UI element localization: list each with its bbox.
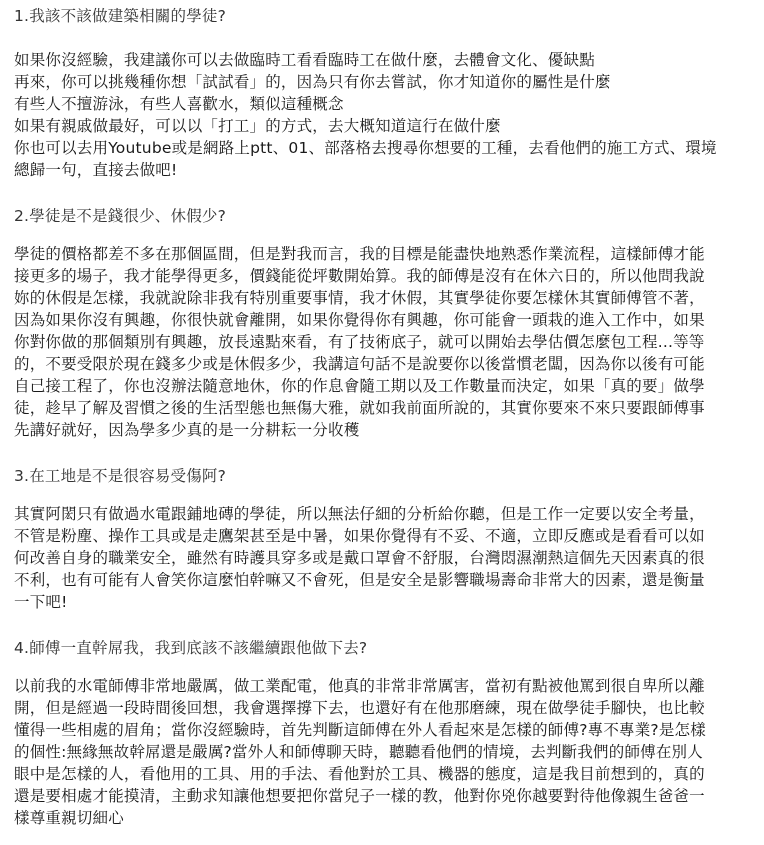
section-4: 4.師傅一直幹屌我，我到底該不該繼續跟他做下去? 以前我的水電師傅非常地嚴厲，做… xyxy=(14,637,759,829)
paragraph-line: 的，不要受限於現在錢多少或是休假多少，我講這句話不是說要你以後當慣老闆，因為你以… xyxy=(14,353,759,375)
paragraph-line: 開，但是經過一段時間後回想，我會選擇撐下去，也還好有在他那磨練，現在做學徒手腳快… xyxy=(14,697,759,719)
paragraph-line: 以前我的水電師傅非常地嚴厲，做工業配電，他真的非常非常厲害，當初有點被他罵到很自… xyxy=(14,675,759,697)
paragraph-line: 你也可以去用Youtube或是網路上ptt、01、部落格去搜尋你想要的工種，去看… xyxy=(14,137,759,159)
paragraph-line: 徒，趁早了解及習慣之後的生活型態也無傷大雅，就如我前面所說的，其實你要來不來只要… xyxy=(14,397,759,419)
section-heading: 3.在工地是不是很容易受傷阿? xyxy=(14,465,759,487)
paragraph-line: 何改善自身的職業安全，雖然有時護具穿多或是戴口罩會不舒服，台灣悶濕潮熱這個先天因… xyxy=(14,547,759,569)
paragraph-line: 總歸一句，直接去做吧! xyxy=(14,159,759,181)
paragraph-line: 因為如果你沒有興趣，你很快就會離開，如果你覺得你有興趣，你可能會一頭栽的進入工作… xyxy=(14,309,759,331)
section-heading: 4.師傅一直幹屌我，我到底該不該繼續跟他做下去? xyxy=(14,637,759,659)
paragraph-line: 先講好就好，因為學多少真的是一分耕耘一分收穫 xyxy=(14,419,759,441)
section-2: 2.學徒是不是錢很少、休假少? 學徒的價格都差不多在那個區間，但是對我而言，我的… xyxy=(14,205,759,441)
paragraph-line: 一下吧! xyxy=(14,591,759,613)
paragraph-line: 接更多的場子，我才能學得更多，價錢能從坪數開始算。我的師傅是沒有在休六日的，所以… xyxy=(14,265,759,287)
article-body: 1.我該不該做建築相關的學徒? 如果你沒經驗，我建議你可以去做臨時工看看臨時工在… xyxy=(14,5,759,829)
section-1: 1.我該不該做建築相關的學徒? 如果你沒經驗，我建議你可以去做臨時工看看臨時工在… xyxy=(14,5,759,181)
paragraph-line: 其實阿閎只有做過水電跟鋪地磚的學徒，所以無法仔細的分析給你聽，但是工作一定要以安… xyxy=(14,503,759,525)
paragraph-line: 再來，你可以挑幾種你想「試試看」的，因為只有你去嘗試，你才知道你的屬性是什麼 xyxy=(14,71,759,93)
paragraph-line: 眼中是怎樣的人，看他用的工具、用的手法、看他對於工具、機器的態度，這是我目前想到… xyxy=(14,763,759,785)
paragraph-line: 自己接工程了，你也沒辦法隨意地休，你的作息會隨工期以及工作數量而決定，如果「真的… xyxy=(14,375,759,397)
section-3: 3.在工地是不是很容易受傷阿? 其實阿閎只有做過水電跟鋪地磚的學徒，所以無法仔細… xyxy=(14,465,759,613)
paragraph-line: 如果有親戚做最好，可以以「打工」的方式，去大概知道這行在做什麼 xyxy=(14,115,759,137)
paragraph-line: 學徒的價格都差不多在那個區間，但是對我而言，我的目標是能盡快地熟悉作業流程，這樣… xyxy=(14,243,759,265)
section-heading: 1.我該不該做建築相關的學徒? xyxy=(14,5,759,27)
paragraph-line: 樣尊重親切細心 xyxy=(14,807,759,829)
paragraph-line: 不利，也有可能有人會笑你這麼怕幹嘛又不會死，但是安全是影響職場壽命非常大的因素，… xyxy=(14,569,759,591)
paragraph-line: 如果你沒經驗，我建議你可以去做臨時工看看臨時工在做什麼，去體會文化、優缺點 xyxy=(14,49,759,71)
paragraph-line: 還是要相處才能摸清，主動求知讓他想要把你當兒子一樣的教，他對你兇你越要對待他像親… xyxy=(14,785,759,807)
paragraph-line: 你對你做的那個類別有興趣，放長遠點來看，有了技術底子，就可以開始去學估價怎麼包工… xyxy=(14,331,759,353)
paragraph-line: 的個性:無緣無故幹屌還是嚴厲?當外人和師傅聊天時，聽聽看他們的情境，去判斷我們的… xyxy=(14,741,759,763)
paragraph-line: 不管是粉塵、操作工具或是走鷹架甚至是中暑，如果你覺得有不妥、不適，立即反應或是看… xyxy=(14,525,759,547)
section-heading: 2.學徒是不是錢很少、休假少? xyxy=(14,205,759,227)
paragraph-line: 妳的休假是怎樣，我就說除非我有特別重要事情，我才休假，其實學徒你要怎樣休其實師傅… xyxy=(14,287,759,309)
paragraph-line: 懂得一些相處的眉角；當你沒經驗時，首先判斷這師傅在外人看起來是怎樣的師傅?專不專… xyxy=(14,719,759,741)
paragraph-line: 有些人不擅游泳，有些人喜歡水，類似這種概念 xyxy=(14,93,759,115)
